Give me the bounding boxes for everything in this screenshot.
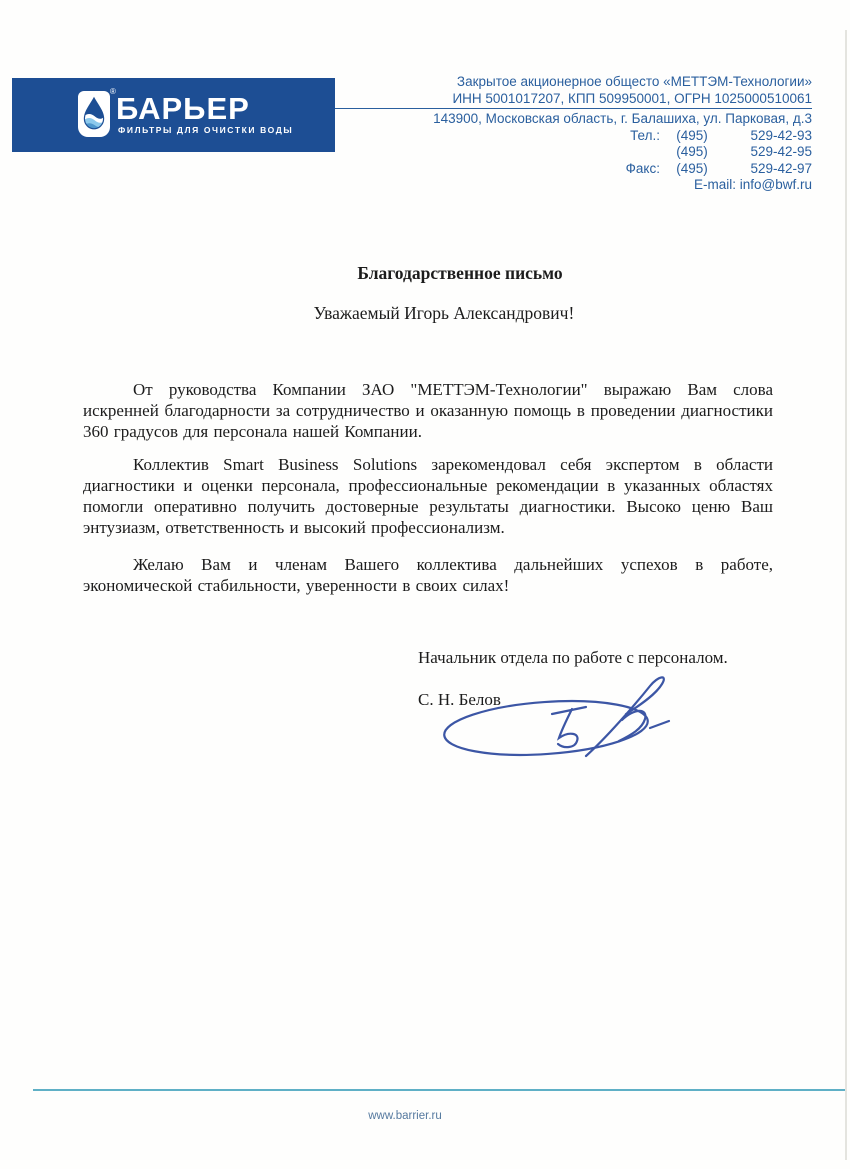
fax-line: Факс: (495) 529-42-97: [335, 161, 812, 178]
company-address-line: 143900, Московская область, г. Балашиха,…: [335, 111, 812, 128]
company-reg-line: ИНН 5001017207, КПП 509950001, ОГРН 1025…: [335, 91, 812, 108]
phone-label: [608, 144, 660, 161]
phone-line-2: (495) 529-42-95: [335, 144, 812, 161]
logo-banner: ® БАРЬЕР ФИЛЬТРЫ ДЛЯ ОЧИСТКИ ВОДЫ: [12, 78, 335, 152]
phone-label: Тел.:: [608, 128, 660, 145]
footer-website-url: www.barrier.ru: [280, 1110, 530, 1122]
company-info-block: Закрытое акционерное общесто «МЕТТЭМ-Тех…: [335, 74, 812, 194]
fax-area-code: (495): [660, 161, 724, 178]
letter-title: Благодарственное письмо: [85, 263, 775, 284]
scan-edge-artifact: [845, 30, 847, 1160]
scanned-letter-page: ® БАРЬЕР ФИЛЬТРЫ ДЛЯ ОЧИСТКИ ВОДЫ Закрыт…: [0, 0, 850, 1169]
letter-paragraph-1: От руководства Компании ЗАО "МЕТТЭМ-Техн…: [83, 379, 773, 442]
email-line: E-mail: info@bwf.ru: [335, 177, 812, 194]
fax-label: Факс:: [608, 161, 660, 178]
phone-area-code: (495): [660, 128, 724, 145]
footer-divider-line: [33, 1089, 845, 1091]
phone-number: 529-42-93: [724, 128, 812, 145]
fax-number: 529-42-97: [724, 161, 812, 178]
water-drop-icon: [78, 91, 110, 137]
logo-text-block: БАРЬЕР ФИЛЬТРЫ ДЛЯ ОЧИСТКИ ВОДЫ: [116, 94, 331, 135]
brand-tagline: ФИЛЬТРЫ ДЛЯ ОЧИСТКИ ВОДЫ: [116, 125, 331, 135]
header-divider-line: [335, 108, 812, 109]
letter-paragraph-3: Желаю Вам и членам Вашего коллектива дал…: [83, 554, 773, 596]
handwritten-signature: [436, 662, 672, 764]
brand-name: БАРЬЕР: [116, 94, 331, 124]
phone-line-1: Тел.: (495) 529-42-93: [335, 128, 812, 145]
letter-salutation: Уважаемый Игорь Александрович!: [85, 303, 775, 324]
phone-area-code: (495): [660, 144, 724, 161]
company-name-line: Закрытое акционерное общесто «МЕТТЭМ-Тех…: [335, 74, 812, 91]
phone-number: 529-42-95: [724, 144, 812, 161]
letter-paragraph-2: Коллектив Smart Business Solutions зарек…: [83, 454, 773, 538]
